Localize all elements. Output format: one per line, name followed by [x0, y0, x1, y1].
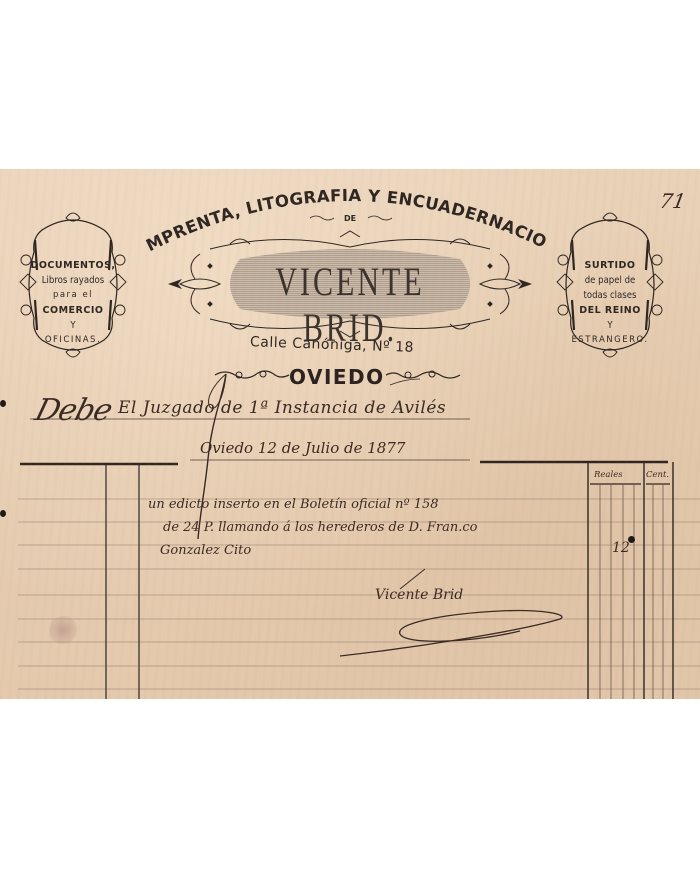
right-cartouche-line: Y	[555, 318, 665, 333]
item-line: de 24 P. llamando á los herederos de D. …	[163, 520, 477, 535]
invoice-date: Oviedo 12 de Julio de 1877	[200, 439, 405, 457]
right-cartouche-line: DEL REINO	[555, 303, 665, 318]
scroll-ornament-right	[380, 361, 470, 391]
left-cartouche-line: OFICINAS.	[18, 333, 128, 348]
column-header-reales: Reales	[594, 470, 623, 480]
city-banner: OVIEDO	[205, 361, 465, 397]
right-cartouche-line: ESTRANGERO.	[555, 333, 665, 348]
binding-hole	[0, 510, 6, 517]
left-cartouche: DOCUMENTOS, Libros rayados para el COMER…	[18, 200, 128, 370]
invoice-paper: IMPRENTA, LITOGRAFIA Y ENCUADERNACION DE…	[0, 169, 700, 699]
left-cartouche-line: para el	[18, 288, 128, 303]
amount-reales: 12	[612, 540, 630, 556]
binding-hole	[0, 400, 6, 407]
city-name: OVIEDO	[289, 365, 385, 389]
paper-stain	[49, 616, 77, 644]
item-line: un edicto inserto en el Boletín oficial …	[148, 497, 439, 512]
left-cartouche-line: Libros rayados	[18, 273, 128, 288]
folio-number: 71	[658, 189, 688, 213]
right-cartouche-line: SURTIDO	[555, 258, 665, 273]
signature-flourish	[340, 611, 562, 656]
item-line: Gonzalez Cito	[160, 543, 251, 558]
left-cartouche-line: DOCUMENTOS,	[18, 258, 128, 273]
right-cartouche-line: de papel de	[555, 273, 665, 288]
svg-text:DE: DE	[344, 214, 356, 223]
debe-label: Debe	[31, 393, 115, 428]
ink-dot	[628, 536, 635, 543]
scroll-ornament-left	[205, 361, 295, 391]
right-cartouche-line: todas clases	[555, 288, 665, 303]
column-header-cent: Cent.	[646, 470, 669, 480]
debtor-name: El Juzgado de 1ª Instancia de Avilés	[118, 398, 446, 418]
left-cartouche-line: COMERCIO	[18, 303, 128, 318]
left-cartouche-line: Y	[18, 318, 128, 333]
right-cartouche: SURTIDO de papel de todas clases DEL REI…	[555, 200, 665, 370]
signature: Vicente Brid	[375, 587, 463, 603]
